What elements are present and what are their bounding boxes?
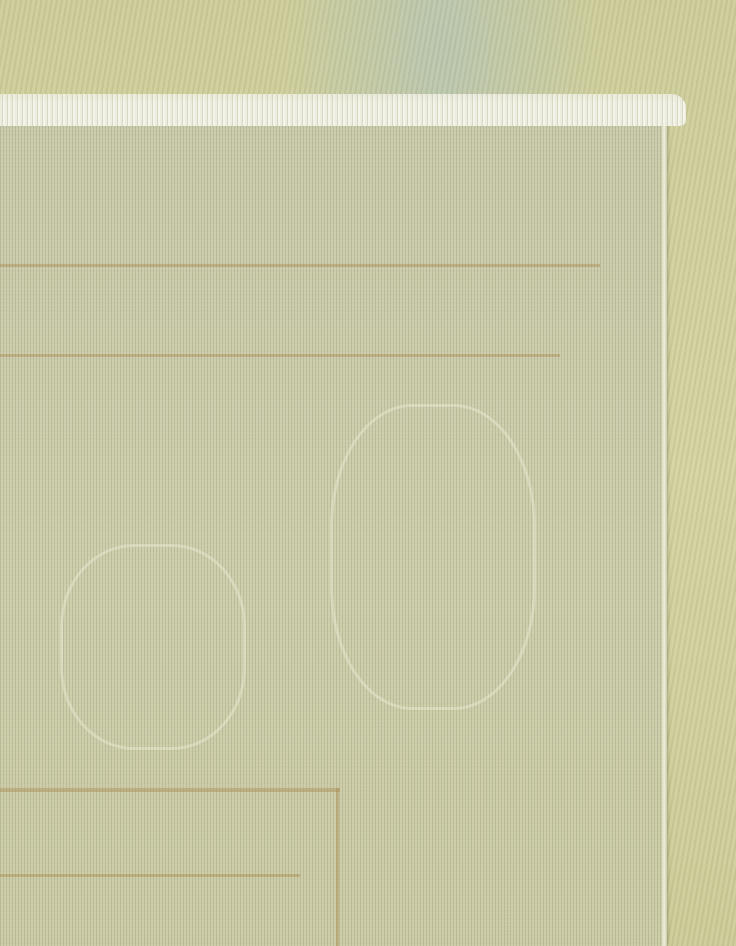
side-binding xyxy=(662,124,667,946)
pattern-line xyxy=(0,874,300,877)
pattern-motif xyxy=(60,544,246,750)
pattern-line xyxy=(0,354,560,357)
rug-fringe xyxy=(0,94,686,126)
rug-back-weave xyxy=(0,124,666,946)
pattern-line xyxy=(0,788,340,792)
pattern-line xyxy=(336,788,339,946)
pattern-line xyxy=(0,264,600,267)
pattern-motif xyxy=(330,404,536,710)
